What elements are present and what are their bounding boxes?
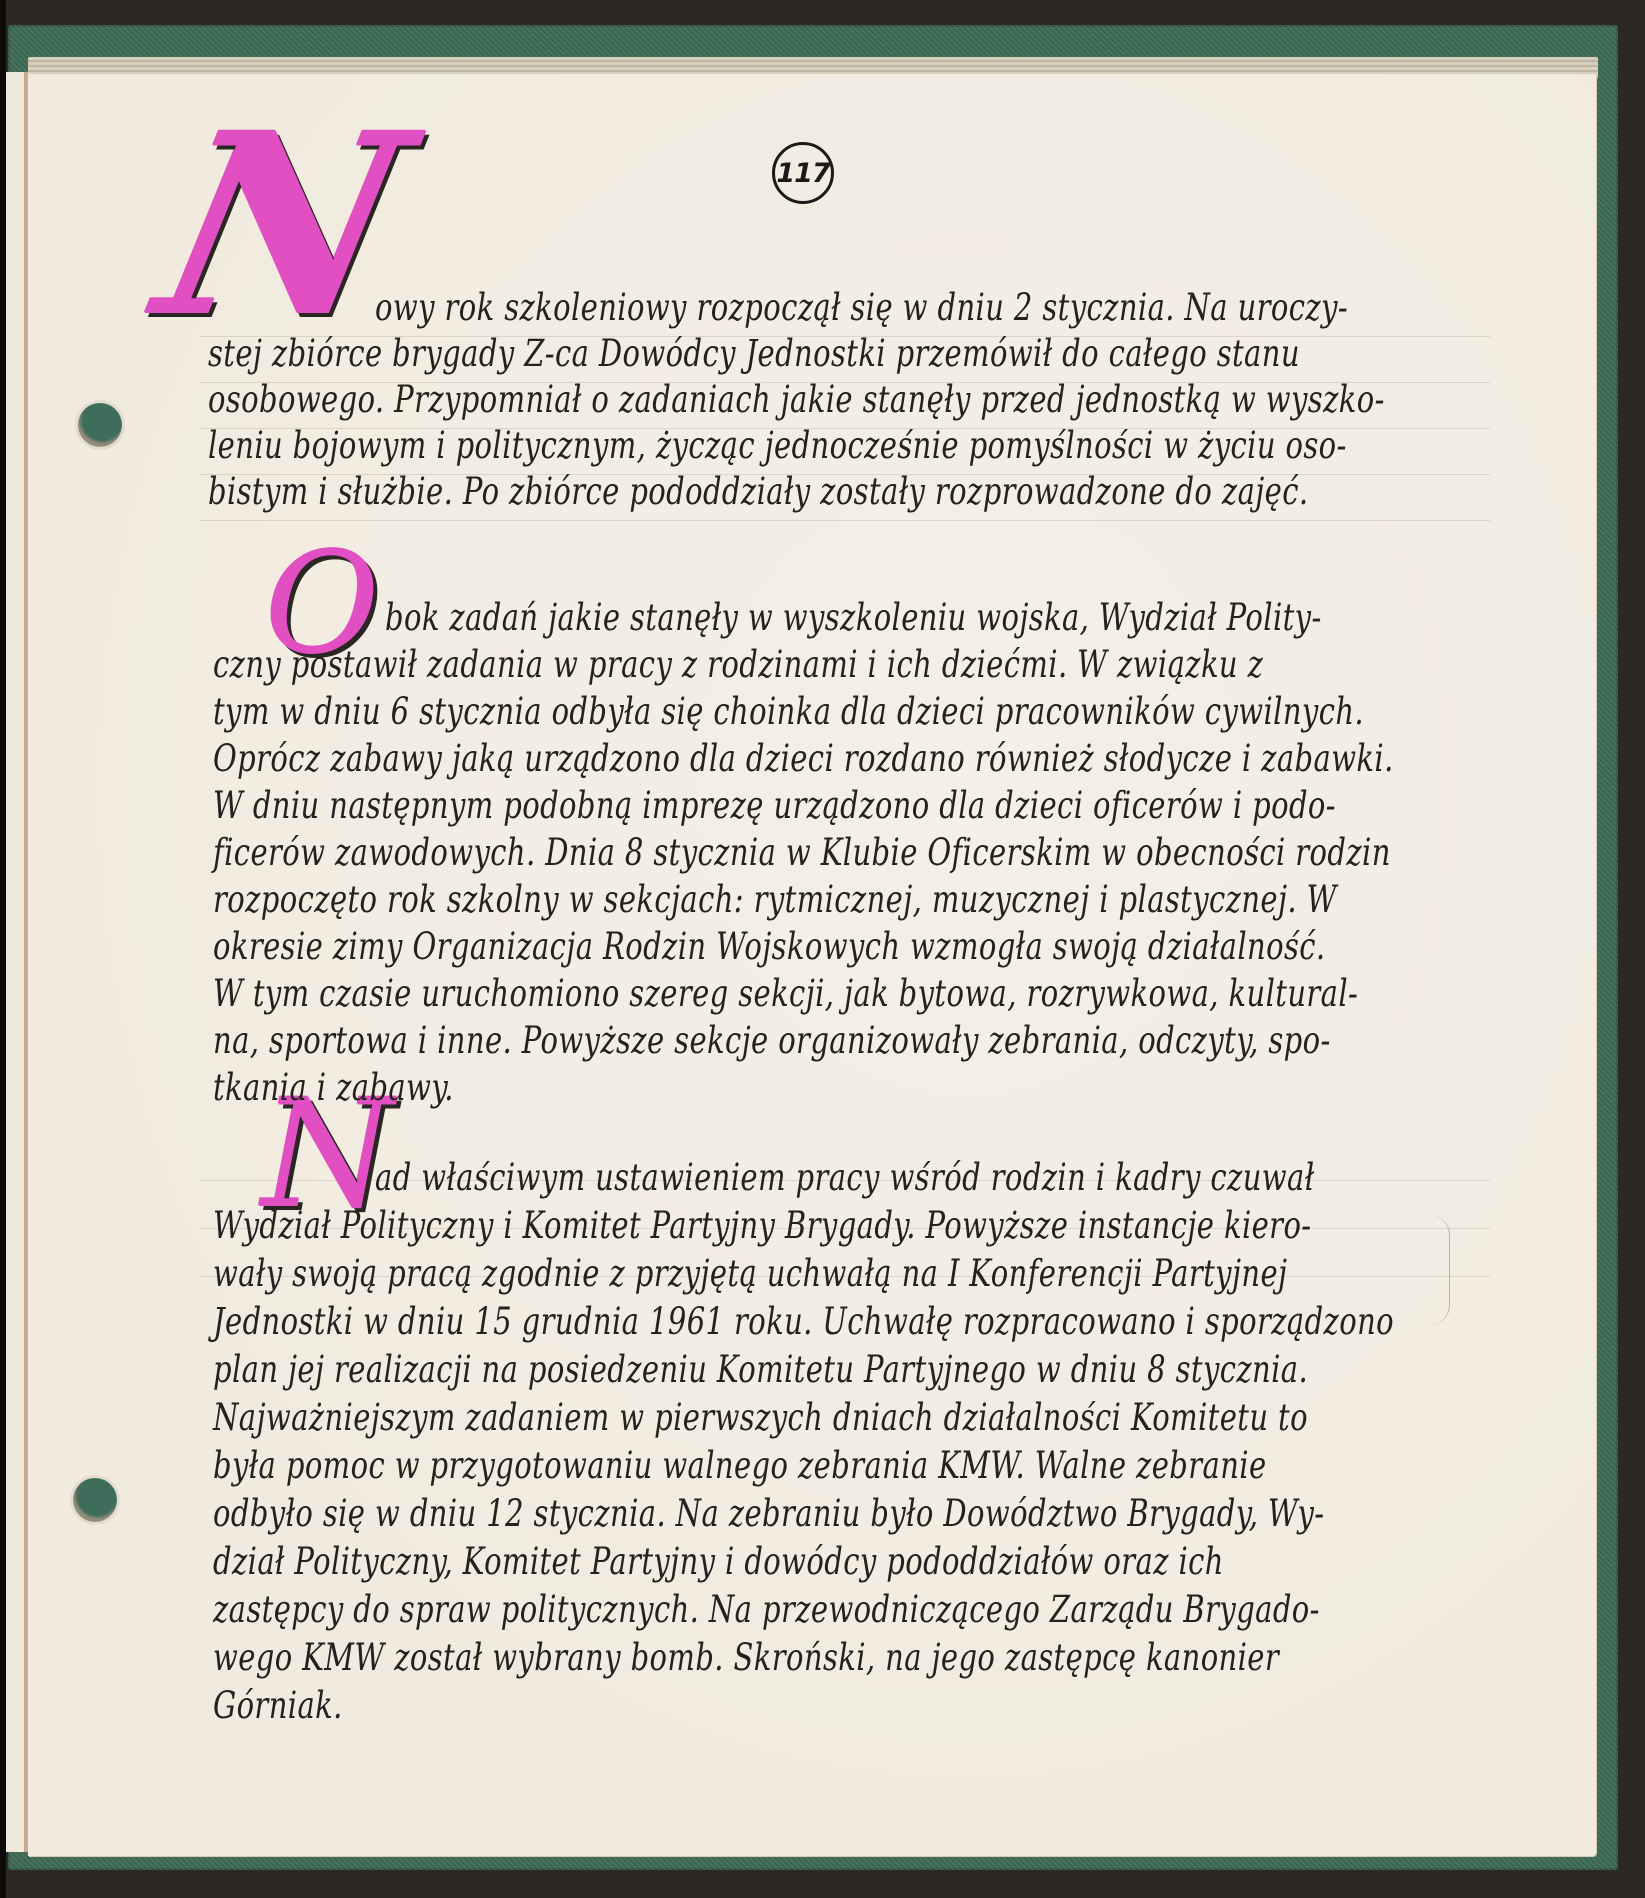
- text-line: dział Polityczny, Komitet Partyjny i dow…: [213, 1539, 1224, 1583]
- pencil-bracket-mark: [1410, 1215, 1450, 1325]
- text-line: bok zadań jakie stanęły w wyszkoleniu wo…: [385, 595, 1322, 639]
- text-line: plan jej realizacji na posiedzeniu Komit…: [213, 1347, 1308, 1391]
- text-line: na, sportowa i inne. Powyższe sekcje org…: [213, 1018, 1331, 1062]
- page-number-badge: 117: [772, 142, 834, 204]
- text-line: Najważniejszym zadaniem w pierwszych dni…: [213, 1395, 1308, 1439]
- text-line: tym w dniu 6 stycznia odbyła się choinka…: [213, 689, 1364, 733]
- text-line: zastępcy do spraw politycznych. Na przew…: [213, 1587, 1320, 1631]
- text-line: stej zbiórce brygady Z-ca Dowódcy Jednos…: [208, 331, 1300, 375]
- text-line: W tym czasie uruchomiono szereg sekcji, …: [213, 971, 1358, 1015]
- text-line: ad właściwym ustawieniem pracy wśród rod…: [375, 1155, 1315, 1199]
- text-line: Jednostki w dniu 15 grudnia 1961 roku. U…: [213, 1299, 1394, 1343]
- text-line: odbyło się w dniu 12 stycznia. Na zebran…: [213, 1491, 1324, 1535]
- text-line: czny postawił zadania w pracy z rodzinam…: [213, 642, 1263, 686]
- text-line: rozpoczęto rok szkolny w sekcjach: rytmi…: [213, 877, 1337, 921]
- text-line: ficerów zawodowych. Dnia 8 stycznia w Kl…: [213, 830, 1391, 874]
- text-line: W dniu następnym podobną imprezę urządzo…: [213, 783, 1336, 827]
- text-line: bistym i służbie. Po zbiórce pododdziały…: [208, 469, 1309, 513]
- text-line: była pomoc w przygotowaniu walnego zebra…: [213, 1443, 1267, 1487]
- binder-hole-icon: [73, 1478, 117, 1522]
- gutter-line: [24, 72, 27, 1852]
- text-line: Górniak.: [213, 1683, 343, 1727]
- binder-hole-icon: [78, 403, 122, 447]
- text-line: tkania i zabawy.: [213, 1065, 454, 1109]
- text-line: osobowego. Przypomniał o zadaniach jakie…: [208, 377, 1385, 421]
- ruled-line: [200, 520, 1490, 521]
- text-line: wały swoją pracą zgodnie z przyjętą uchw…: [213, 1251, 1287, 1295]
- text-line: wego KMW został wybrany bomb. Skroński, …: [213, 1635, 1279, 1679]
- text-line: Oprócz zabawy jaką urządzono dla dzieci …: [213, 736, 1394, 780]
- text-line: leniu bojowym i politycznym, życząc jedn…: [208, 423, 1347, 467]
- text-line: Wydział Polityczny i Komitet Partyjny Br…: [213, 1203, 1312, 1247]
- text-line: owy rok szkoleniowy rozpoczął się w dniu…: [375, 285, 1348, 329]
- text-line: okresie zimy Organizacja Rodzin Wojskowy…: [213, 924, 1326, 968]
